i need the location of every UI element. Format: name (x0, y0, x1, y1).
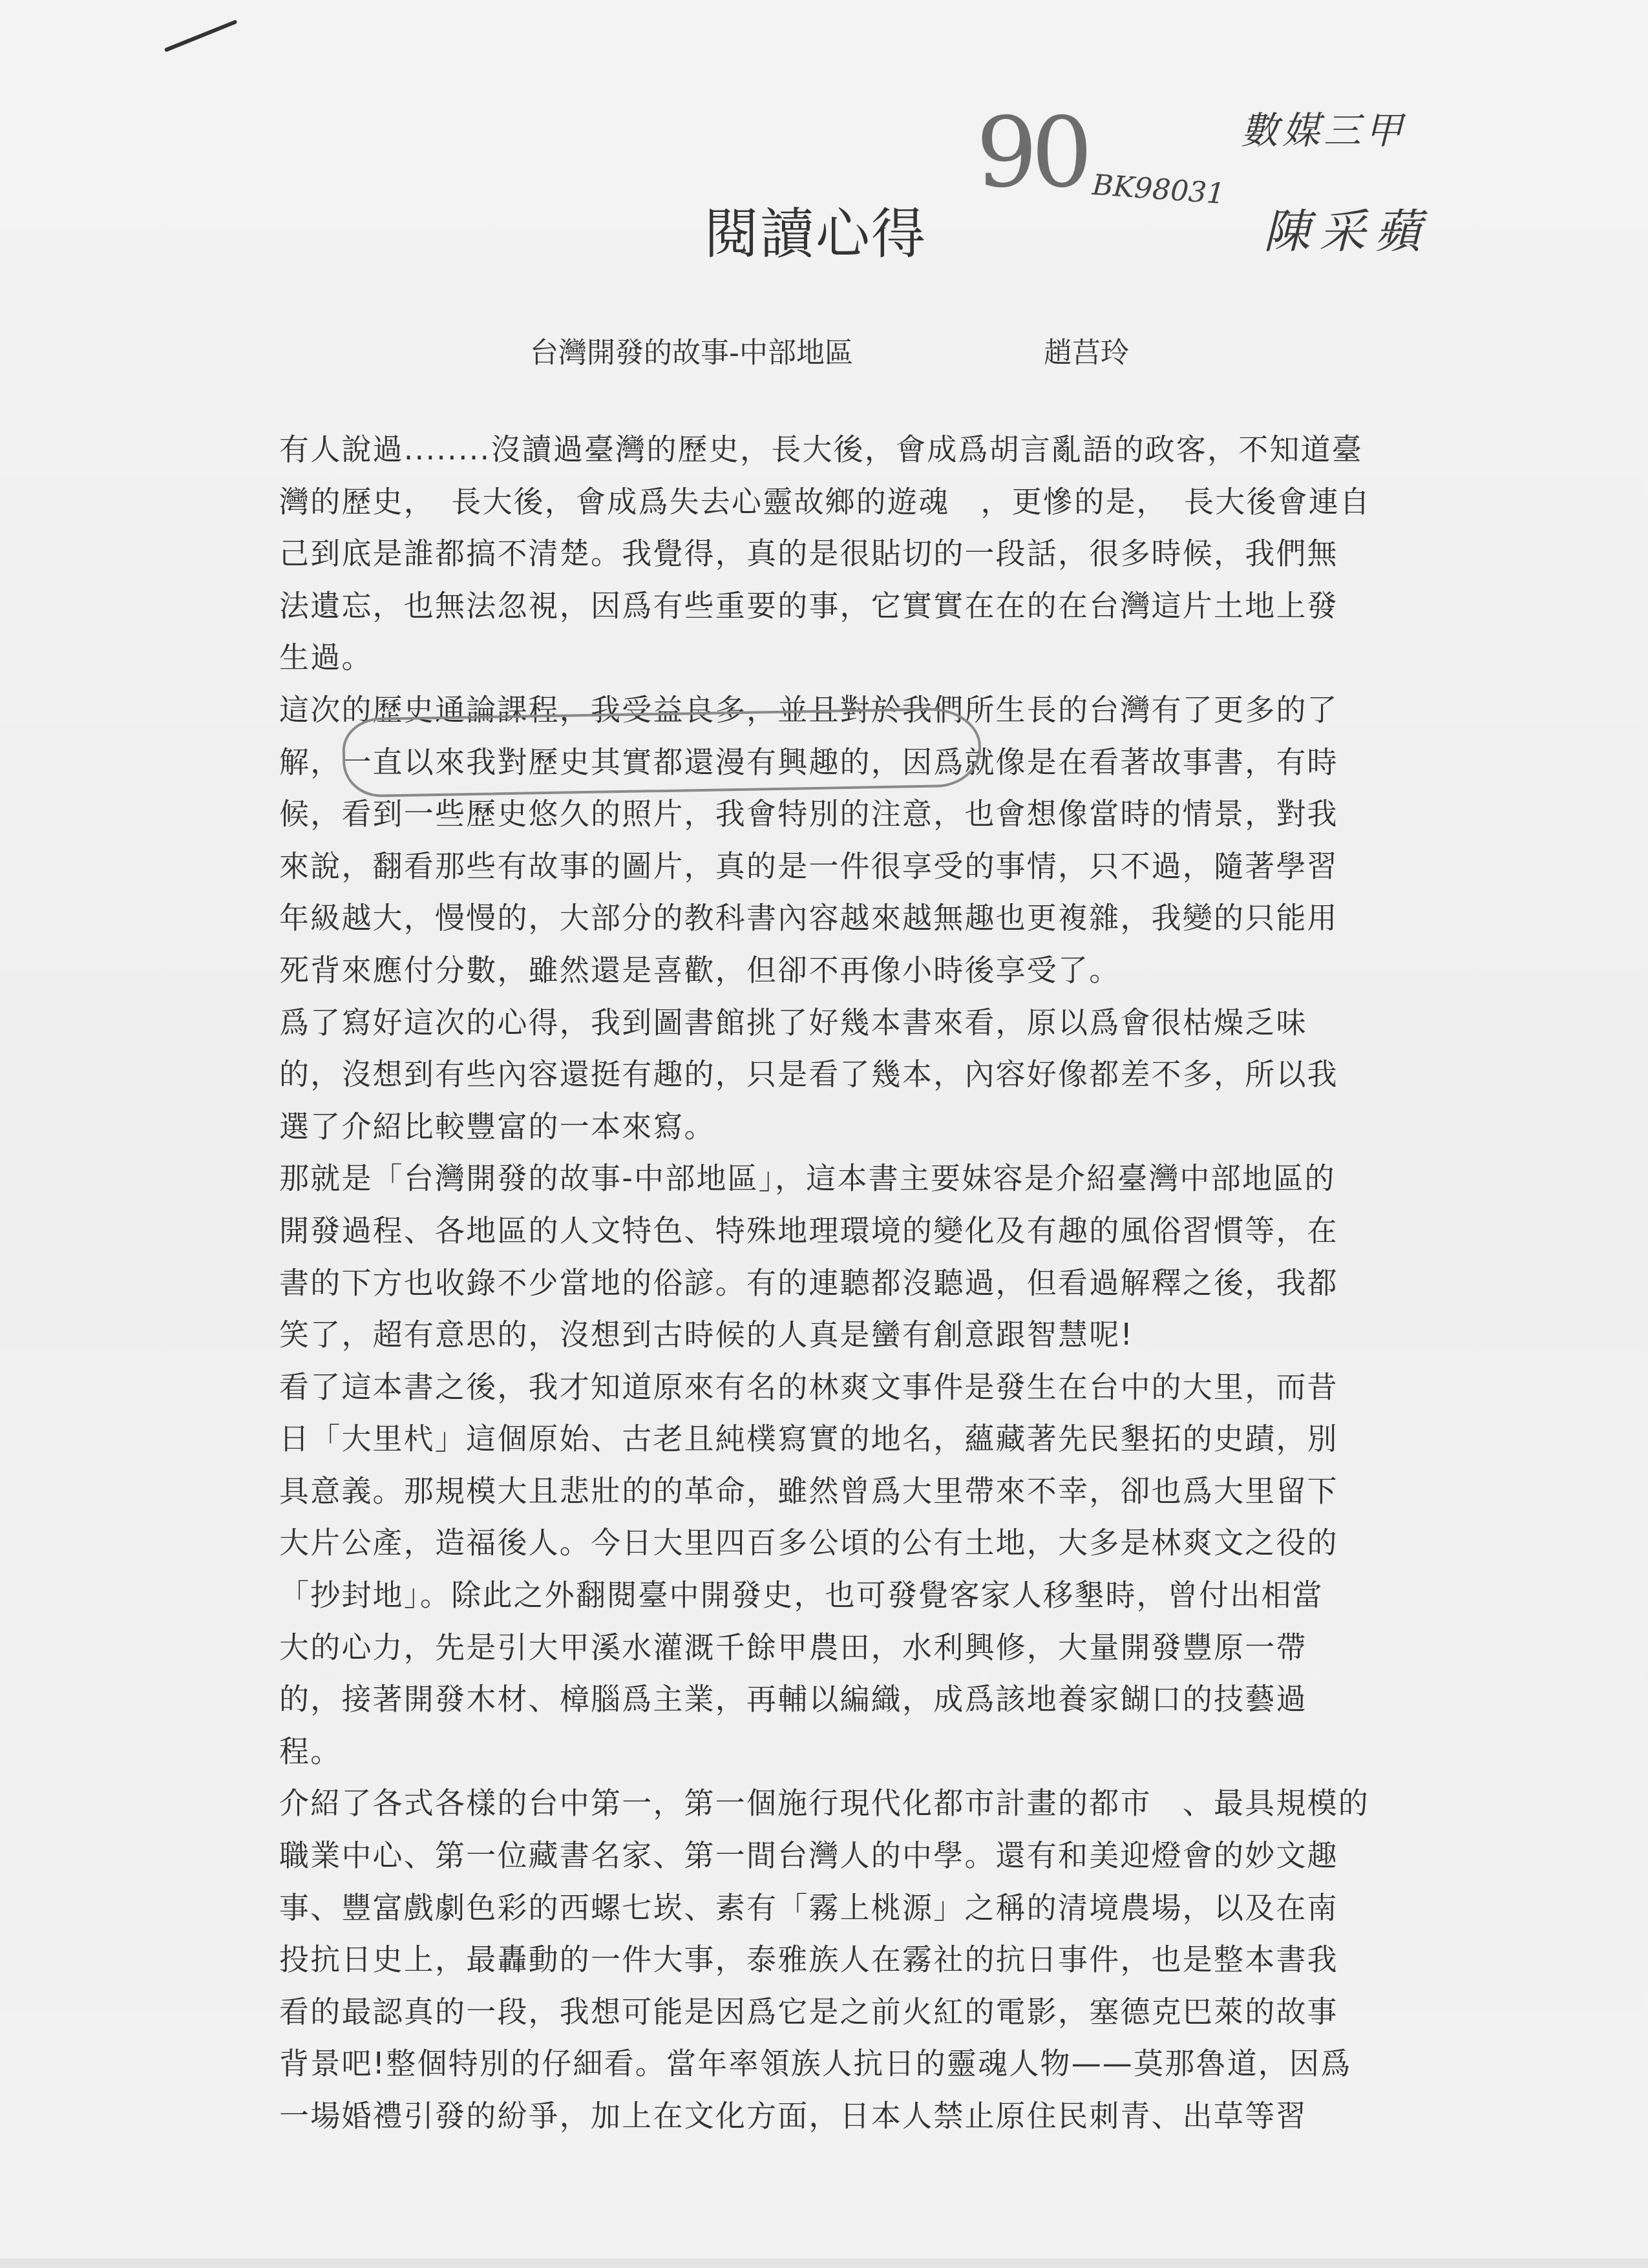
text-line: 這次的歷史通論課程，我受益良多，並且對於我們所生長的台灣有了更多的了 (279, 684, 1442, 736)
text-line: 那就是「台灣開發的故事-中部地區」，這本書主要妹容是介紹臺灣中部地區的 (279, 1152, 1442, 1204)
text-line: 法遺忘，也無法忽視，因爲有些重要的事，它實實在在的在台灣這片土地上發 (279, 580, 1442, 632)
text-line: 日「大里杙」這個原始、古老且純樸寫實的地名，蘊藏著先民墾拓的史蹟，別 (279, 1412, 1442, 1465)
text-line: 來說，翻看那些有故事的圖片，真的是一件很享受的事情，只不過，隨著學習 (279, 840, 1442, 892)
text-line: 解，一直以來我對歷史其實都還漫有興趣的，因爲就像是在看著故事書，有時 (279, 736, 1442, 788)
text-line: 一場婚禮引發的紛爭，加上在文化方面，日本人禁止原住民刺青、出草等習 (279, 2090, 1442, 2142)
text-line: 選了介紹比較豐富的一本來寫。 (279, 1100, 1442, 1153)
text-line: 的，沒想到有些內容還挺有趣的，只是看了幾本，內容好像都差不多，所以我 (279, 1048, 1442, 1100)
text-line: 開發過程、各地區的人文特色、特殊地理環境的變化及有趣的風俗習慣等，在 (279, 1204, 1442, 1257)
text-line: 爲了寫好這次的心得，我到圖書館挑了好幾本書來看，原以爲會很枯燥乏味 (279, 996, 1442, 1049)
document-title: 閱讀心得 (704, 191, 927, 269)
text-line: 「抄封地」。除此之外翻閱臺中開發史，也可發覺客家人移墾時，曾付出相當 (279, 1569, 1442, 1621)
text-line: 職業中心、第一位藏書名家、第一間台灣人的中學。還有和美迎燈會的妙文趣 (279, 1829, 1442, 1882)
text-line: 書的下方也收錄不少當地的俗諺。有的連聽都沒聽過，但看過解釋之後，我都 (279, 1257, 1442, 1309)
text-line: 死背來應付分數，雖然還是喜歡，但卻不再像小時後享受了。 (279, 944, 1442, 996)
handwritten-student-name: 陳采蘋 (1263, 194, 1430, 261)
text-line: 候，看到一些歷史悠久的照片，我會特別的注意，也會想像當時的情景，對我 (279, 788, 1442, 840)
book-author: 趙莒玲 (1044, 330, 1129, 371)
text-line: 看的最認真的一段，我想可能是因爲它是之前火紅的電影，塞德克巴萊的故事 (279, 1986, 1442, 2038)
text-line: 大片公產，造福後人。今日大里四百多公頃的公有土地，大多是林爽文之役的 (279, 1517, 1442, 1569)
text-line: 己到底是誰都搞不清楚。我覺得，真的是很貼切的一段話，很多時候，我們無 (279, 527, 1442, 580)
text-line: 生過。 (279, 631, 1442, 684)
handwritten-student-id: BK98031 (1091, 169, 1225, 211)
text-line: 大的心力，先是引大甲溪水灌溉千餘甲農田，水利興修，大量開發豐原一帶 (279, 1621, 1442, 1674)
essay-body: 有人說過........沒讀過臺灣的歷史，長大後，會成爲胡言亂語的政客，不知道臺… (279, 423, 1442, 2142)
text-line: 灣的歷史， 長大後，會成爲失去心靈故鄉的遊魂 ，更慘的是， 長大後會連自 (279, 476, 1442, 528)
handwritten-class-name: 數媒三甲 (1241, 100, 1406, 154)
scanned-page: 90 BK98031 數媒三甲 陳采蘋 閱讀心得 台灣開發的故事-中部地區 趙莒… (0, 0, 1648, 2268)
scan-edge (0, 2258, 1648, 2268)
text-line: 具意義。那規模大且悲壯的的革命，雖然曾爲大里帶來不幸，卻也爲大里留下 (279, 1465, 1442, 1517)
text-line: 年級越大，慢慢的，大部分的教科書內容越來越無趣也更複雜，我變的只能用 (279, 892, 1442, 944)
text-line: 投抗日史上，最轟動的一件大事，泰雅族人在霧社的抗日事件，也是整本書我 (279, 1933, 1442, 1986)
text-line: 程。 (279, 1725, 1442, 1778)
book-title: 台灣開發的故事-中部地區 (530, 330, 853, 371)
text-line: 介紹了各式各樣的台中第一，第一個施行現代化都市計畫的都市 、最具規模的 (279, 1777, 1442, 1829)
pen-stroke-mark (164, 19, 238, 52)
text-line: 笑了，超有意思的，沒想到古時候的人真是蠻有創意跟智慧呢! (279, 1308, 1442, 1361)
text-line: 有人說過........沒讀過臺灣的歷史，長大後，會成爲胡言亂語的政客，不知道臺 (279, 423, 1442, 476)
text-line: 背景吧!整個特別的仔細看。當年率領族人抗日的靈魂人物——莫那魯道，因爲 (279, 2037, 1442, 2090)
text-line: 的，接著開發木材、樟腦爲主業，再輔以編織，成爲該地養家餬口的技藝過 (279, 1673, 1442, 1725)
handwritten-grade: 90 (976, 97, 1086, 209)
text-line: 看了這本書之後，我才知道原來有名的林爽文事件是發生在台中的大里，而昔 (279, 1361, 1442, 1413)
text-line: 事、豐富戲劇色彩的西螺七崁、素有「霧上桃源」之稱的清境農場，以及在南 (279, 1882, 1442, 1934)
